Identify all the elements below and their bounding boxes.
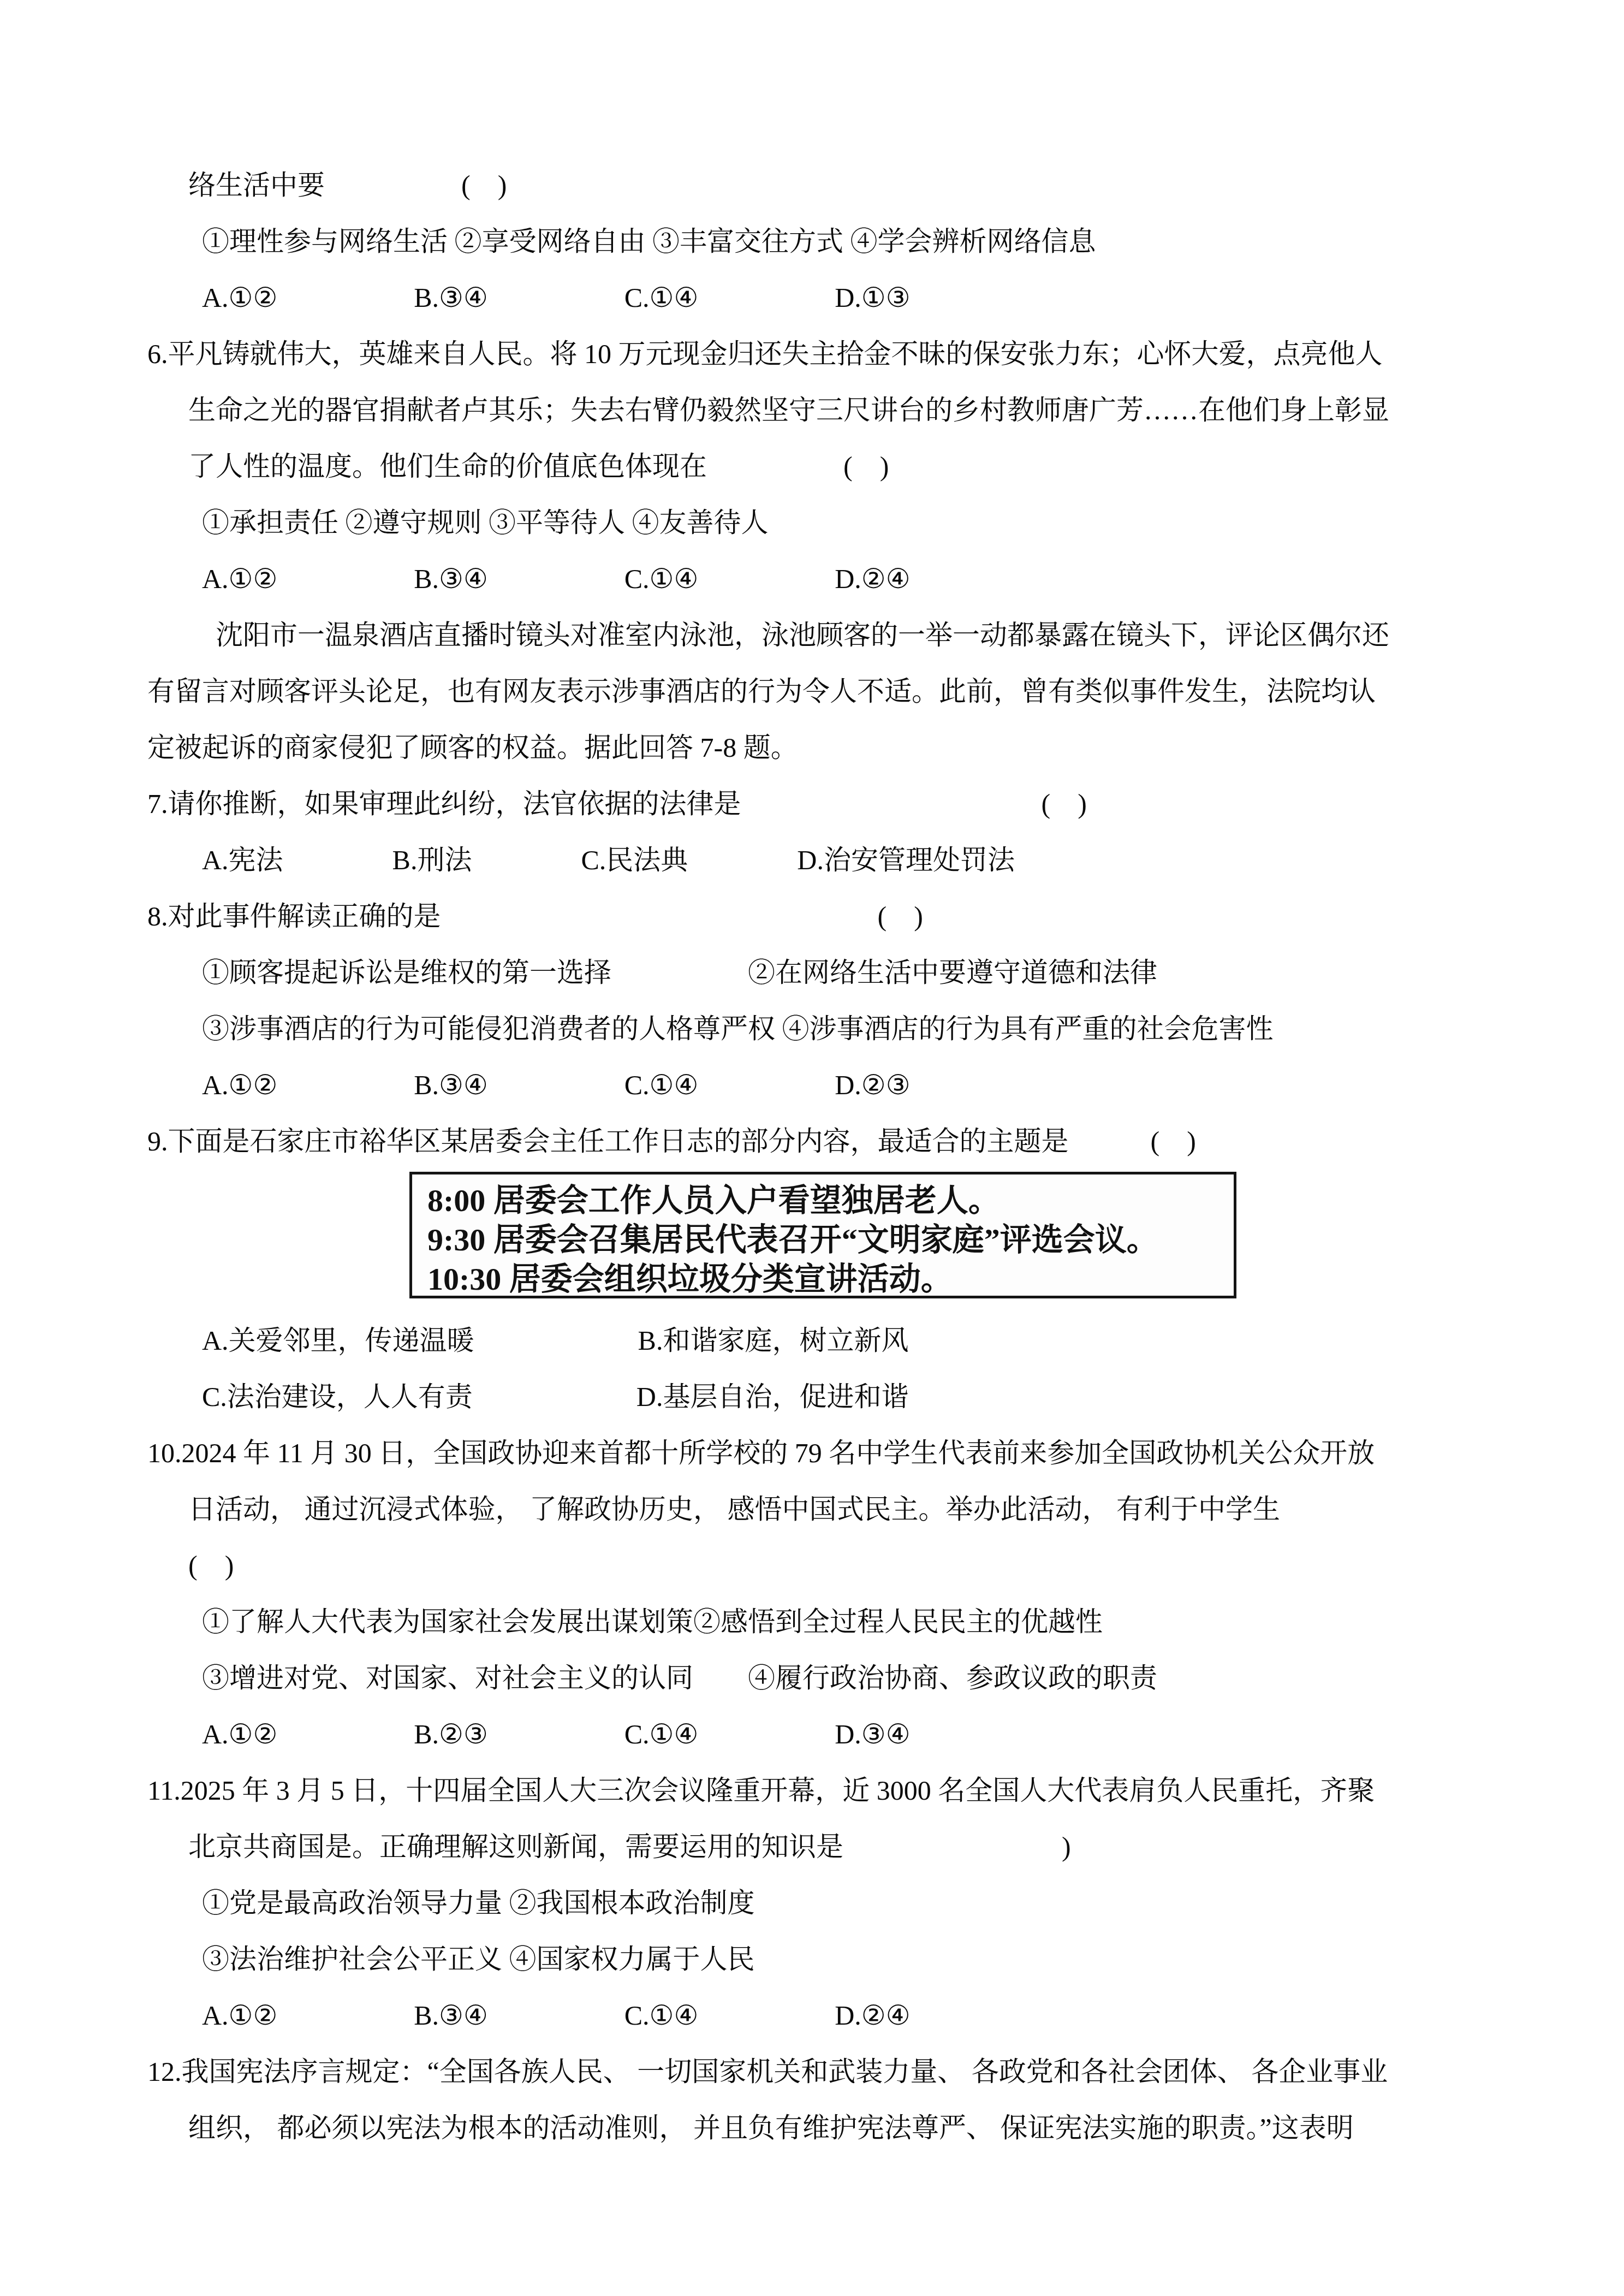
q6-stem-line2: 生命之光的器官捐献者卢其乐；失去右臂仍毅然坚守三尺讲台的乡村教师唐广芳……在他们… [188, 382, 1542, 438]
work-log-entry-3: 10:30 居委会组织垃圾分类宣讲活动。 [427, 1260, 1223, 1299]
q7-stem: 7.请你推断，如果审理此纠纷，法官依据的法律是 ( ) [147, 776, 1542, 832]
q10-options-row: A.①② B.②③ C.①④ D.③④ [202, 1706, 1542, 1763]
q9-stem: 9.下面是石家庄市裕华区某居委会主任工作日志的部分内容，最适合的主题是 ( ) [147, 1113, 1542, 1170]
q10-answer-brackets: ( ) [188, 1538, 1542, 1594]
q9-options-row-cd: C.法治建设，人人有责 D.基层自治，促进和谐 [202, 1369, 1542, 1425]
passage-line3: 定被起诉的商家侵犯了顾客的权益。据此回答 7-8 题。 [147, 720, 1542, 776]
q11-stem-line2: 北京共商国是。正确理解这则新闻，需要运用的知识是 ) [188, 1819, 1542, 1875]
q12-stem-line1: 12.我国宪法序言规定：“全国各族人民、 一切国家机关和武装力量、 各政党和各社… [147, 2044, 1542, 2100]
q8-options-row: A.①② B.③④ C.①④ D.②③ [202, 1057, 1542, 1113]
q10-numbered-items-1: ①了解人大代表为国家社会发展出谋划策②感悟到全过程人民民主的优越性 [202, 1594, 1542, 1650]
q10-stem-line1: 10.2024 年 11 月 30 日，全国政协迎来首都十所学校的 79 名中学… [147, 1425, 1542, 1481]
q8-numbered-items-1: ①顾客提起诉讼是维权的第一选择 ②在网络生活中要遵守道德和法律 [202, 945, 1542, 1001]
q12-stem-line2: 组织， 都必须以宪法为根本的活动准则， 并且负有维护宪法尊严、 保证宪法实施的职… [188, 2100, 1542, 2156]
work-log-entry-2: 9:30 居委会召集居民代表召开“文明家庭”评选会议。 [427, 1220, 1223, 1260]
q11-options-row: A.①② B.③④ C.①④ D.②④ [202, 1988, 1542, 2044]
q7-options-row: A.宪法 B.刑法 C.民法典 D.治安管理处罚法 [202, 832, 1542, 888]
q5-numbered-items: ①理性参与网络生活 ②享受网络自由 ③丰富交往方式 ④学会辨析网络信息 [202, 213, 1542, 270]
page-content: 络生活中要 ( ) ①理性参与网络生活 ②享受网络自由 ③丰富交往方式 ④学会辨… [0, 0, 1624, 2156]
q5-options-row: A.①② B.③④ C.①④ D.①③ [202, 270, 1542, 326]
q8-numbered-items-2: ③涉事酒店的行为可能侵犯消费者的人格尊严权 ④涉事酒店的行为具有严重的社会危害性 [202, 1001, 1542, 1057]
q6-numbered-items: ①承担责任 ②遵守规则 ③平等待人 ④友善待人 [202, 495, 1542, 551]
q10-stem-line2: 日活动， 通过沉浸式体验， 了解政协历史， 感悟中国式民主。举办此活动， 有利于… [188, 1481, 1542, 1538]
passage-line2: 有留言对顾客评头论足，也有网友表示涉事酒店的行为令人不适。此前，曾有类似事件发生… [147, 663, 1542, 720]
q6-stem-line1: 6.平凡铸就伟大，英雄来自人民。将 10 万元现金归还失主拾金不昧的保安张力东；… [147, 326, 1542, 382]
q11-numbered-items-2: ③法治维护社会公平正义 ④国家权力属于人民 [202, 1931, 1542, 1988]
q5-stem-continuation: 络生活中要 ( ) [188, 157, 1542, 213]
passage-line1: 沈阳市一温泉酒店直播时镜头对准室内泳池，泳池顾客的一举一动都暴露在镜头下，评论区… [216, 607, 1542, 663]
exam-paper-page: 络生活中要 ( ) ①理性参与网络生活 ②享受网络自由 ③丰富交往方式 ④学会辨… [0, 0, 1624, 2296]
q6-stem-line3: 了人性的温度。他们生命的价值底色体现在 ( ) [188, 438, 1542, 495]
q10-numbered-items-2: ③增进对党、对国家、对社会主义的认同 ④履行政治协商、参政议政的职责 [202, 1650, 1542, 1706]
work-log-box: 8:00 居委会工作人员入户看望独居老人。 9:30 居委会召集居民代表召开“文… [409, 1172, 1236, 1298]
q6-options-row: A.①② B.③④ C.①④ D.②④ [202, 551, 1542, 607]
q8-stem: 8.对此事件解读正确的是 ( ) [147, 888, 1542, 945]
q11-numbered-items-1: ①党是最高政治领导力量 ②我国根本政治制度 [202, 1875, 1542, 1931]
q9-options-row-ab: A.关爱邻里，传递温暖 B.和谐家庭，树立新风 [202, 1313, 1542, 1369]
q11-stem-line1: 11.2025 年 3 月 5 日，十四届全国人大三次会议隆重开幕，近 3000… [147, 1763, 1542, 1819]
work-log-entry-1: 8:00 居委会工作人员入户看望独居老人。 [427, 1181, 1223, 1220]
